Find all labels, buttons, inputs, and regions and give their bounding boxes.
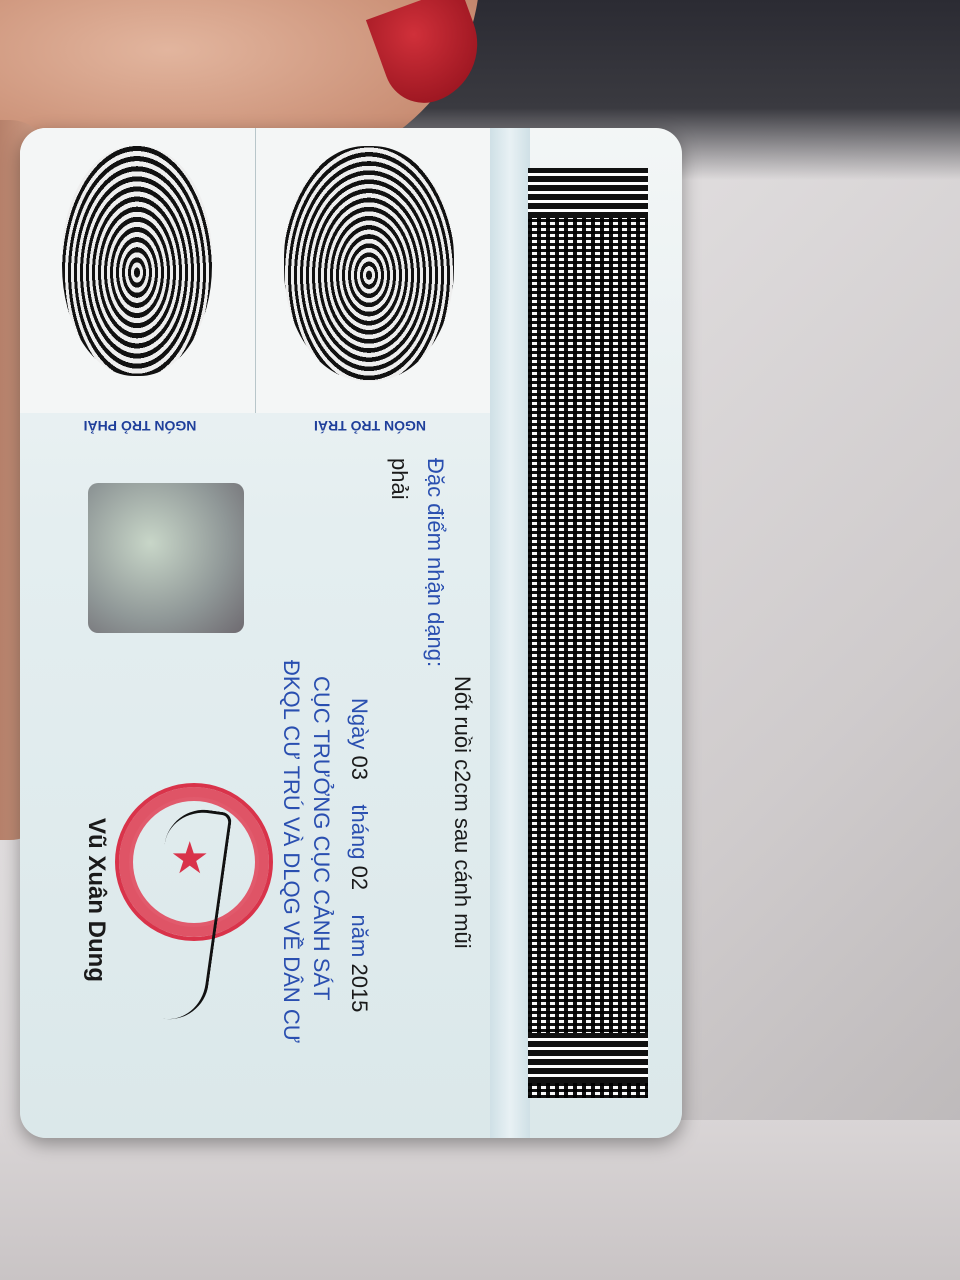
fingerprint-right-icon [62, 146, 212, 376]
issue-date: Ngày 03 tháng 02 năm 2015 [346, 698, 372, 1012]
identifying-features-value: Nốt ruồi c2cm sau cánh mũi [449, 676, 475, 949]
right-index-box [20, 128, 256, 413]
identifying-features-label: Đặc điểm nhận dạng: [422, 458, 448, 667]
fingerprint-left-label: NGÓN TRỎ TRÁI [260, 418, 480, 434]
hologram-icon [88, 483, 244, 633]
issuer-line-2: ĐKQL CƯ TRÚ VÀ DLQG VỀ DÂN CƯ [278, 660, 304, 1044]
barcode-icon [528, 168, 648, 1098]
barcode-top-bars [528, 168, 648, 218]
issuer-line-1: CỤC TRƯỞNG CỤC CẢNH SÁT [308, 676, 334, 1000]
fingerprint-left-icon [284, 146, 454, 381]
barcode-bottom-bars [528, 1033, 648, 1083]
issue-year: 2015 [347, 963, 372, 1012]
security-stripe [490, 128, 530, 1138]
identifying-features-value-cont: phải [386, 458, 412, 500]
issue-month: 02 [347, 866, 372, 890]
issue-day: 03 [347, 755, 372, 779]
id-card-back: NGÓN TRỎ PHẢI NGÓN TRỎ TRÁI Đặc điểm nhậ… [20, 128, 682, 1138]
signer-name: Vũ Xuân Dung [82, 818, 110, 982]
background-floor [0, 1120, 960, 1280]
fingerprint-right-label: NGÓN TRỎ PHẢI [30, 418, 250, 434]
left-index-box [256, 128, 491, 413]
